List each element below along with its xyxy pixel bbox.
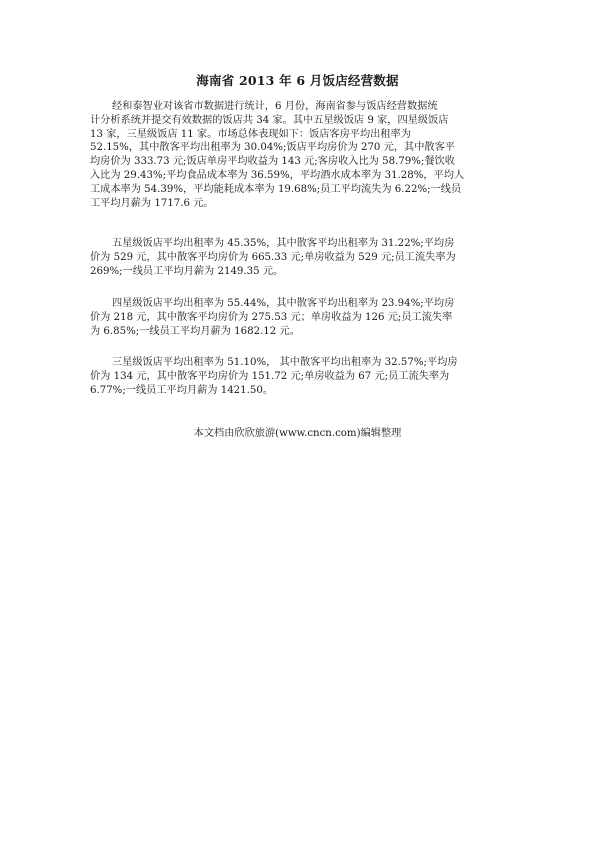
- paragraph-three-star: 三星级饭店平均出租率为 51.10%， 其中散客平均出租率为 32.57%;平均…: [90, 356, 510, 397]
- document-title: 海南省 2013 年 6 月饭店经营数据: [0, 71, 595, 89]
- text-line: 价为 218 元，其中散客平均房价为 275.53 元；单房收益为 126 元;…: [90, 311, 510, 325]
- text-line: 13 家，三星级饭店 11 家。市场总体表现如下：饭店客房平均出租率为: [90, 128, 510, 142]
- text-line: 269%;一线员工平均月薪为 2149.35 元。: [90, 265, 510, 279]
- text-line: 为 6.85%;一线员工平均月薪为 1682.12 元。: [90, 325, 510, 339]
- text-line: 6.77%;一线员工平均月薪为 1421.50。: [90, 384, 510, 398]
- text-line: 工平均月薪为 1717.6 元。: [90, 197, 510, 211]
- paragraph-five-star: 五星级饭店平均出租率为 45.35%，其中散客平均出租率为 31.22%;平均房…: [90, 237, 510, 278]
- text-line: 计分析系统并提交有效数据的饭店共 34 家。其中五星级饭店 9 家，四星级饭店: [90, 114, 510, 128]
- text-line: 52.15%，其中散客平均出租率为 30.04%;饭店平均房价为 270 元，其…: [90, 141, 510, 155]
- text-line: 经和泰智业对该省市数据进行统计，6 月份，海南省参与饭店经营数据统: [90, 100, 510, 114]
- text-line: 三星级饭店平均出租率为 51.10%， 其中散客平均出租率为 32.57%;平均…: [90, 356, 510, 370]
- text-line: 四星级饭店平均出租率为 55.44%，其中散客平均出租率为 23.94%;平均房: [90, 297, 510, 311]
- text-line: 价为 134 元，其中散客平均房价为 151.72 元;单房收益为 67 元;员…: [90, 370, 510, 384]
- text-line: 五星级饭店平均出租率为 45.35%，其中散客平均出租率为 31.22%;平均房: [90, 237, 510, 251]
- paragraph-overview: 经和泰智业对该省市数据进行统计，6 月份，海南省参与饭店经营数据统 计分析系统并…: [90, 100, 510, 210]
- text-line: 入比为 29.43%;平均食品成本率为 36.59%，平均酒水成本率为 31.2…: [90, 169, 510, 183]
- document-page: 海南省 2013 年 6 月饭店经营数据 经和泰智业对该省市数据进行统计，6 月…: [0, 0, 595, 842]
- text-line: 均房价为 333.73 元;饭店单房平均收益为 143 元;客房收入比为 58.…: [90, 155, 510, 169]
- paragraph-four-star: 四星级饭店平均出租率为 55.44%，其中散客平均出租率为 23.94%;平均房…: [90, 297, 510, 338]
- document-footer: 本文档由欣欣旅游(www.cncn.com)编辑整理: [0, 424, 595, 439]
- text-line: 工成本率为 54.39%，平均能耗成本率为 19.68%;员工平均流失为 6.2…: [90, 183, 510, 197]
- text-line: 价为 529 元，其中散客平均房价为 665.33 元;单房收益为 529 元;…: [90, 251, 510, 265]
